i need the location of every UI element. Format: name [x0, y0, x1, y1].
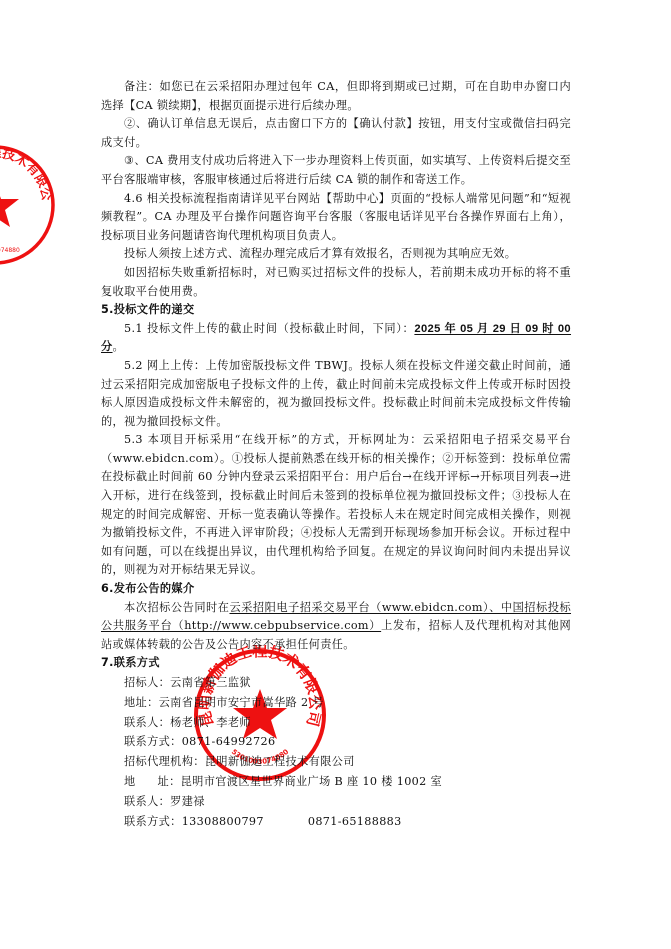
agency-phone: 联系方式：133088007970871-65188883	[101, 812, 571, 832]
agency-mobile: 13308800797	[182, 815, 264, 828]
agency-landline: 0871-65188883	[308, 815, 402, 828]
document-body: 备注：如您已在云采招阳办理过包年 CA，但即将到期或已过期，可在自助申办窗口内选…	[101, 78, 571, 831]
tenderer-contact: 联系人：杨老师、李老师	[101, 713, 571, 733]
agency-contact: 联系人：罗建禄	[101, 792, 571, 812]
tenderer-address: 地址：云南省昆明市安宁市嵩华路 2 号	[101, 693, 571, 713]
agency-address: 地址：昆明市官渡区星世界商业广场 B 座 10 楼 1002 室	[101, 772, 571, 792]
paragraph-5-1-prefix: 5.1 投标文件上传的截止时间（投标截止时间，下同）：	[124, 322, 414, 335]
paragraph-5-2: 5.2 网上上传：上传加密版投标文件 TBWJ。投标人须在投标文件递交截止时间前…	[101, 357, 571, 431]
company-seal-partial-left: 昆明新伽迪工程技术有限公司 5301003074880	[0, 140, 60, 270]
section-6-heading: 6.发布公告的媒介	[101, 580, 571, 599]
tenderer-name: 招标人：云南省第三监狱	[101, 673, 571, 693]
paragraph-6: 本次招标公告同时在云采招阳电子招采交易平台（www.ebidcn.com）、中国…	[101, 599, 571, 655]
paragraph-6-prefix: 本次招标公告同时在	[124, 601, 229, 614]
paragraph-4-6: 4.6 相关投标流程指南请详见平台网站【帮助中心】页面的“投标人端常见问题”和“…	[101, 190, 571, 246]
retender-note: 如因招标失败重新招标时，对已购买过招标文件的投标人，若前期未成功开标的将不重复收…	[101, 264, 571, 301]
valid-signup-note: 投标人须按上述方式、流程办理完成后才算有效报名，否则视为其响应无效。	[101, 245, 571, 264]
svg-text:5301003074880: 5301003074880	[0, 247, 20, 254]
section-5-heading: 5.投标文件的递交	[101, 301, 571, 320]
tenderer-phone: 联系方式：0871-64992726	[101, 732, 571, 752]
step-confirm-payment: ②、确认订单信息无误后，点击窗口下方的【确认付款】按钮，用支付宝或微信扫码完成支…	[101, 115, 571, 152]
paragraph-5-1-suffix: 。	[113, 340, 125, 353]
paragraph-5-3: 5.3 本项目开标采用“在线开标”的方式，开标网址为：云采招阳电子招采交易平台（…	[101, 431, 571, 580]
agency-name: 招标代理机构：昆明新伽迪工程技术有限公司	[101, 752, 571, 772]
svg-text:昆明新伽迪工程技术有限公司: 昆明新伽迪工程技术有限公司	[0, 140, 54, 203]
note-ca-renewal: 备注：如您已在云采招阳办理过包年 CA，但即将到期或已过期，可在自助申办窗口内选…	[101, 78, 571, 115]
section-7-heading: 7.联系方式	[101, 654, 571, 673]
step-upload-materials: ③、CA 费用支付成功后将进入下一步办理资料上传页面，如实填写、上传资料后提交至…	[101, 152, 571, 189]
document-page: 昆明新伽迪工程技术有限公司 5301003074880 昆明新伽迪工程技术有限公…	[0, 0, 671, 949]
paragraph-5-1: 5.1 投标文件上传的截止时间（投标截止时间，下同）：2025 年 05 月 2…	[101, 320, 571, 357]
